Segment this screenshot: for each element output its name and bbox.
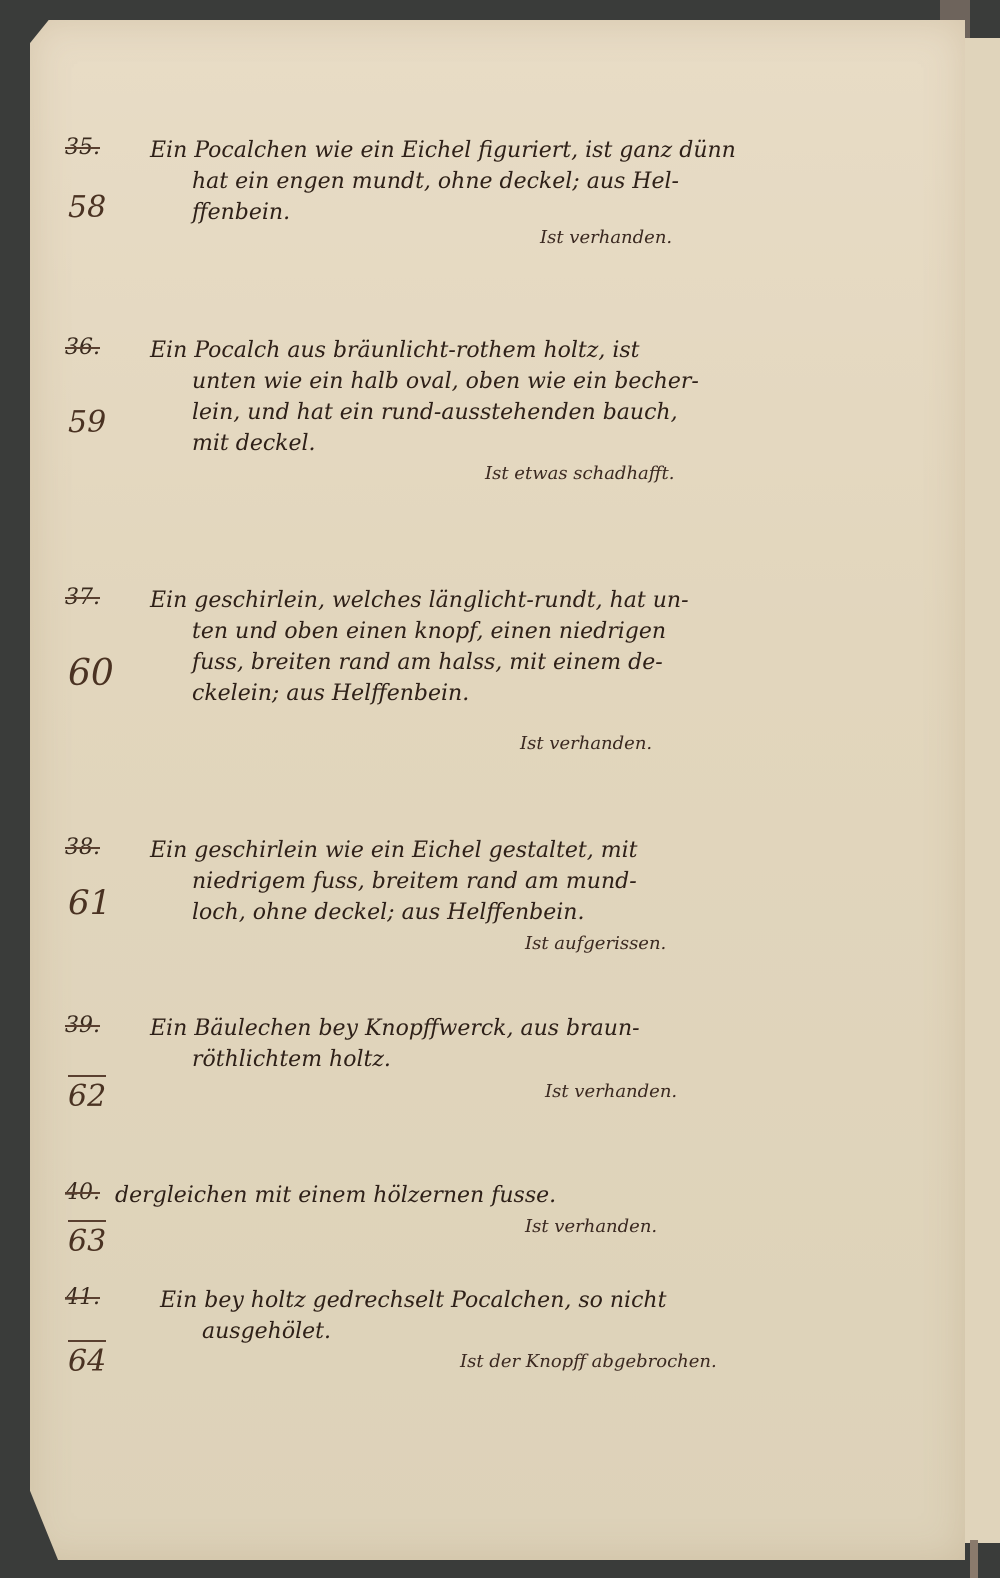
entry-line: ffenbein. xyxy=(150,197,960,228)
spine-edge xyxy=(970,1540,978,1578)
entry-status: Ist der Knopff abgebrochen. xyxy=(460,1351,717,1372)
entry-line: loch, ohne deckel; aus Helffenbein. xyxy=(150,897,960,928)
entry-text: Ein bey holtz gedrechselt Pocalchen, so … xyxy=(160,1285,970,1347)
entry-line: röthlichtem holtz. xyxy=(150,1044,960,1075)
entry-number: 36. xyxy=(65,335,100,360)
entry-status: Ist verhanden. xyxy=(520,733,652,754)
entry-line: Ein geschirlein, welches länglicht-rundt… xyxy=(150,585,960,616)
entry-number: 38. xyxy=(65,835,100,860)
entry-text: Ein Pocalch aus bräunlicht-rothem holtz,… xyxy=(150,335,960,459)
entry-status: Ist aufgerissen. xyxy=(525,933,666,954)
entry-status: Ist verhanden. xyxy=(525,1216,657,1237)
entry-line: Ein geschirlein wie ein Eichel gestaltet… xyxy=(150,835,960,866)
entry-text: Ein geschirlein wie ein Eichel gestaltet… xyxy=(150,835,960,928)
margin-number: 62 xyxy=(68,1075,106,1114)
entry-status: Ist verhanden. xyxy=(540,227,672,248)
manuscript-page: 35. 58 Ein Pocalchen wie ein Eichel figu… xyxy=(30,20,965,1560)
facing-page-edge xyxy=(963,38,1000,1543)
entry-line: Ein Pocalch aus bräunlicht-rothem holtz,… xyxy=(150,335,960,366)
entry-number: 35. xyxy=(65,135,100,160)
entry-line: hat ein engen mundt, ohne deckel; aus He… xyxy=(150,166,960,197)
entry-line: mit deckel. xyxy=(150,428,960,459)
entry-text: Ein Pocalchen wie ein Eichel figuriert, … xyxy=(150,135,960,228)
entry-line: ckelein; aus Helffenbein. xyxy=(150,678,960,709)
entry-line: fuss, breiten rand am halss, mit einem d… xyxy=(150,647,960,678)
entry-text: dergleichen mit einem hölzernen fusse. xyxy=(115,1180,925,1211)
entry-status: Ist etwas schadhafft. xyxy=(485,463,674,484)
entry-number: 39. xyxy=(65,1013,100,1038)
entry-number: 40. xyxy=(65,1180,100,1205)
entry-line: ausgehölet. xyxy=(160,1316,970,1347)
entry-line: lein, und hat ein rund-ausstehenden bauc… xyxy=(150,397,960,428)
entry-line: Ein bey holtz gedrechselt Pocalchen, so … xyxy=(160,1285,970,1316)
margin-number: 64 xyxy=(68,1340,106,1379)
entry-number: 37. xyxy=(65,585,100,610)
entry-line: niedrigem fuss, breitem rand am mund- xyxy=(150,866,960,897)
entry-line: Ein Pocalchen wie ein Eichel figuriert, … xyxy=(150,135,960,166)
entry-text: Ein geschirlein, welches länglicht-rundt… xyxy=(150,585,960,709)
entry-text: Ein Bäulechen bey Knopffwerck, aus braun… xyxy=(150,1013,960,1075)
margin-number: 63 xyxy=(68,1220,106,1259)
entry-line: ten und oben einen knopf, einen niedrige… xyxy=(150,616,960,647)
entry-number: 41. xyxy=(65,1285,100,1310)
margin-number: 60 xyxy=(68,653,114,694)
margin-number: 59 xyxy=(68,405,106,440)
margin-number: 58 xyxy=(68,190,106,225)
entry-line: dergleichen mit einem hölzernen fusse. xyxy=(115,1180,925,1211)
entry-line: unten wie ein halb oval, oben wie ein be… xyxy=(150,366,960,397)
entry-line: Ein Bäulechen bey Knopffwerck, aus braun… xyxy=(150,1013,960,1044)
entry-status: Ist verhanden. xyxy=(545,1081,677,1102)
margin-number: 61 xyxy=(68,883,111,923)
